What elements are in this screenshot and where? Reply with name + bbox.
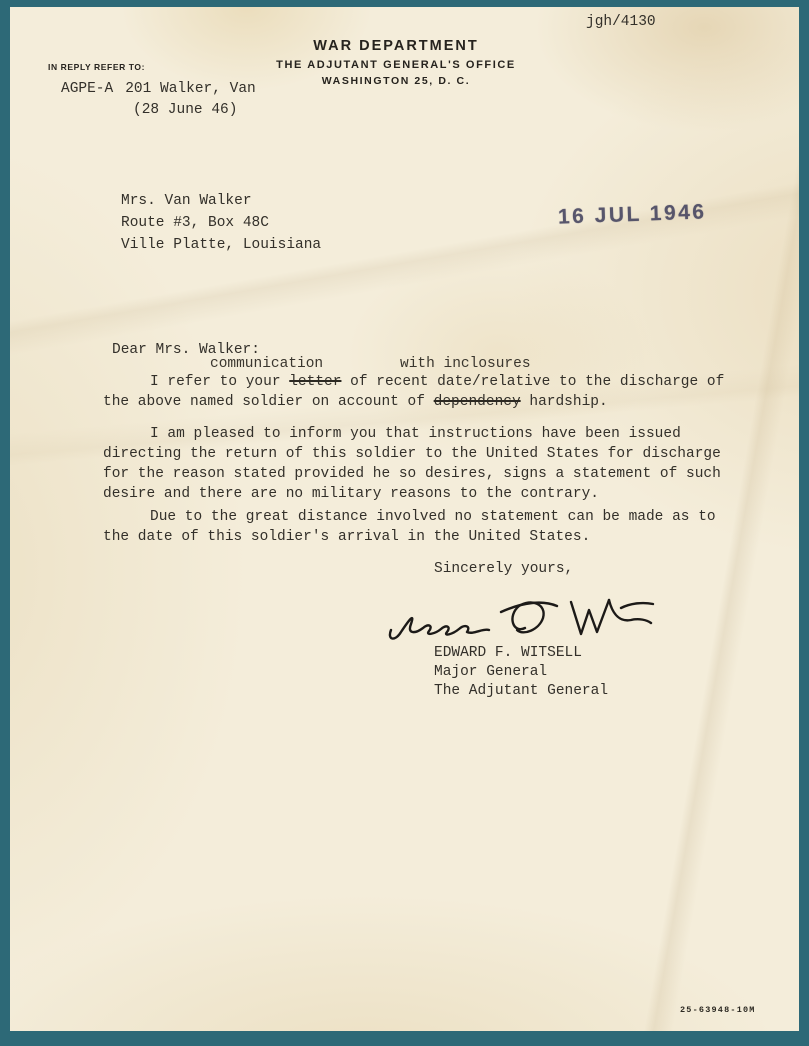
recipient-address-block: Mrs. Van Walker Route #3, Box 48C Ville … bbox=[121, 190, 321, 256]
text-segment: of recent date/relative to the discharge… bbox=[341, 374, 724, 390]
paragraph-1-line-2: the above named soldier on account of de… bbox=[103, 392, 747, 412]
signature-autograph bbox=[385, 590, 655, 648]
paragraph-1-line-1: I refer to your letter of recent date/re… bbox=[103, 372, 747, 392]
recipient-name: Mrs. Van Walker bbox=[121, 190, 321, 212]
signer-title: The Adjutant General bbox=[434, 682, 608, 701]
letter-content: jgh/4130 WAR DEPARTMENT THE ADJUTANT GEN… bbox=[0, 0, 809, 1046]
struck-word-letter: letter bbox=[289, 374, 341, 390]
signature-block: EDWARD F. WITSELL Major General The Adju… bbox=[434, 644, 608, 701]
file-reference-line: AGPE-A201 Walker, Van bbox=[61, 79, 256, 99]
print-code: 25-63948-10M bbox=[680, 1005, 756, 1015]
text-segment: I refer to your bbox=[150, 374, 289, 390]
file-reference: 201 Walker, Van bbox=[125, 81, 256, 97]
text-segment: hardship. bbox=[521, 394, 608, 410]
letterhead-city: WASHINGTON 25, D. C. bbox=[250, 75, 542, 87]
file-code: AGPE-A bbox=[61, 81, 113, 97]
interlinear-insertion-communication: communication bbox=[210, 354, 323, 374]
file-reference-date: (28 June 46) bbox=[133, 100, 237, 120]
letterhead: WAR DEPARTMENT THE ADJUTANT GENERAL'S OF… bbox=[250, 38, 542, 87]
text-segment: the above named soldier on account of bbox=[103, 394, 434, 410]
signer-rank: Major General bbox=[434, 663, 608, 682]
reply-refer-label: IN REPLY REFER TO: bbox=[48, 62, 145, 72]
interlinear-insertion-inclosures: with inclosures bbox=[400, 354, 531, 374]
recipient-address-line2: Ville Platte, Louisiana bbox=[121, 234, 321, 256]
scanned-letter-page: jgh/4130 WAR DEPARTMENT THE ADJUTANT GEN… bbox=[0, 0, 809, 1046]
routing-code: jgh/4130 bbox=[586, 12, 656, 32]
paragraph-2: I am pleased to inform you that instruct… bbox=[103, 424, 747, 504]
letterhead-office: THE ADJUTANT GENERAL'S OFFICE bbox=[250, 59, 542, 71]
paragraph-3: Due to the great distance involved no st… bbox=[103, 507, 747, 547]
received-date-stamp: 16 JUL 1946 bbox=[558, 200, 707, 229]
closing: Sincerely yours, bbox=[434, 559, 573, 579]
struck-word-dependency: dependency bbox=[434, 394, 521, 410]
signer-name: EDWARD F. WITSELL bbox=[434, 644, 608, 663]
recipient-address-line1: Route #3, Box 48C bbox=[121, 212, 321, 234]
paragraph-1: communication with inclosures I refer to… bbox=[103, 356, 747, 412]
letterhead-department: WAR DEPARTMENT bbox=[250, 38, 542, 54]
